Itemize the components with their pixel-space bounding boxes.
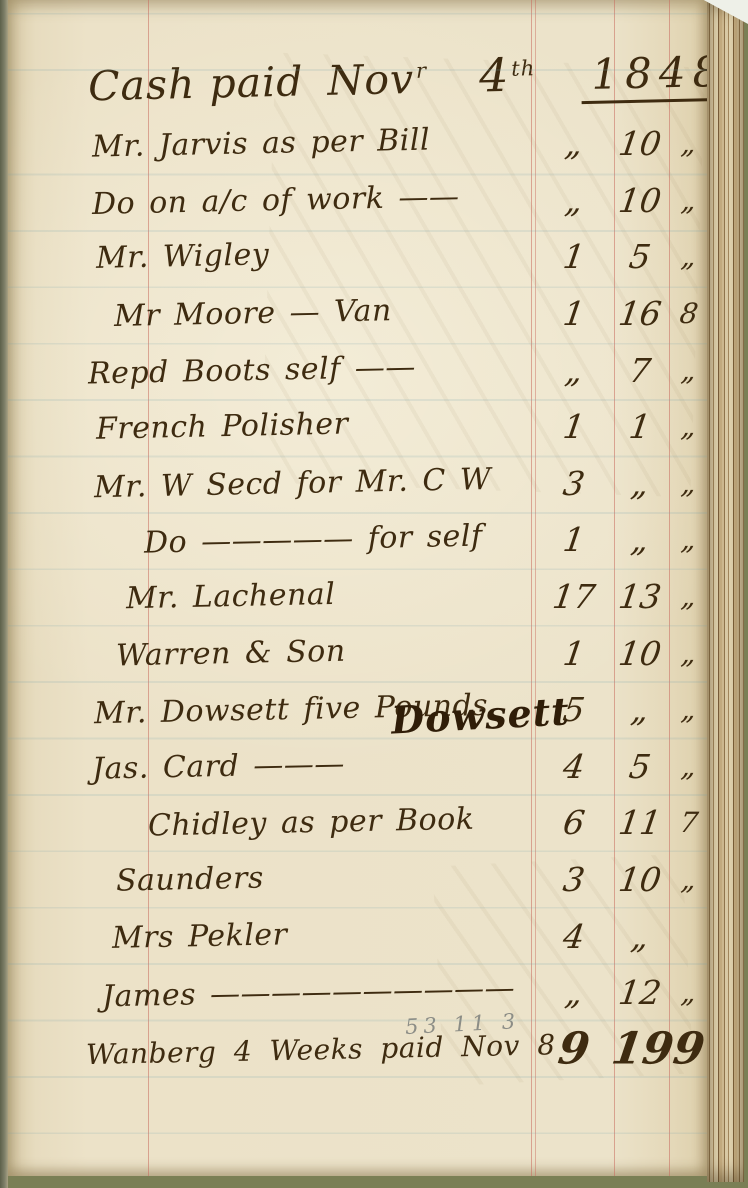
entry-description: Mr Moore — Van bbox=[114, 293, 392, 334]
entry-shillings: 10 bbox=[609, 181, 670, 220]
ledger-row: Saunders 3 10 „ bbox=[8, 853, 707, 910]
entry-description: Mr. Lachenal bbox=[126, 577, 336, 616]
title-month-suffix: r bbox=[416, 59, 428, 83]
ledger-row: French Polisher 1 1 „ bbox=[8, 400, 707, 457]
ledger-row: Do on a/c of work —— „ 10 „ bbox=[8, 174, 707, 231]
entry-pence: „ bbox=[666, 410, 713, 443]
entry-pounds: 1 bbox=[533, 237, 614, 276]
entry-pence: „ bbox=[666, 524, 713, 557]
entry-pence: 7 bbox=[666, 807, 713, 840]
entry-pence: „ bbox=[666, 693, 713, 726]
entry-pence: „ bbox=[666, 127, 713, 160]
entry-description: Do ————— for self bbox=[144, 519, 483, 561]
ledger-page: Cash paidNovr4th1848 Mr. Jarvis as per B… bbox=[8, 0, 707, 1176]
entry-description: Do on a/c of work —— bbox=[92, 179, 460, 222]
entry-shillings: 16 bbox=[609, 294, 670, 333]
title-day-suffix: th bbox=[511, 57, 536, 82]
entry-pence: „ bbox=[666, 976, 713, 1009]
entry-shillings: 7 bbox=[609, 351, 670, 390]
ledger-rows: Mr. Jarvis as per Bill „ 10 „ Do on a/c … bbox=[8, 117, 707, 1079]
entry-pounds: 17 bbox=[533, 577, 614, 616]
entry-shillings: 1 bbox=[609, 407, 670, 446]
entry-pence: „ bbox=[666, 184, 713, 217]
entry-pounds: 3 bbox=[533, 464, 614, 503]
entry-pence: „ bbox=[666, 637, 713, 670]
entry-shillings: 11 bbox=[609, 803, 670, 842]
entry-shillings: 10 bbox=[609, 634, 670, 673]
entry-description: Warren & Son bbox=[116, 633, 346, 673]
book-page-stack-edge bbox=[707, 0, 744, 1182]
title-month: Nov bbox=[327, 55, 415, 105]
entry-pounds: „ bbox=[533, 351, 614, 390]
entry-description: James —————————— bbox=[102, 971, 516, 1015]
entry-description: Saunders bbox=[116, 861, 264, 899]
entry-shillings: 13 bbox=[609, 577, 670, 616]
entry-description: Mr. W Secd for Mr. C W bbox=[94, 462, 492, 505]
entry-pounds: 1 bbox=[533, 520, 614, 559]
entry-pence: „ bbox=[666, 354, 713, 387]
entry-shillings: „ bbox=[609, 520, 670, 559]
book-left-edge bbox=[0, 0, 8, 1188]
entry-description: Mrs Pekler bbox=[112, 917, 288, 956]
title-cash-paid: Cash paid bbox=[88, 57, 304, 110]
entry-shillings: 5 bbox=[609, 747, 670, 786]
entry-pounds: „ bbox=[533, 181, 614, 220]
ledger-row: Chidley as per Book 6 11 7 bbox=[8, 796, 707, 853]
entry-shillings: „ bbox=[609, 917, 670, 956]
ledger-row: Mr. Jarvis as per Bill „ 10 „ bbox=[8, 117, 707, 174]
ledger-row: Mr. Dowsett five Pounds 5 „ „ Dowsett bbox=[8, 683, 707, 740]
entry-shillings: 19 bbox=[608, 1023, 671, 1074]
entry-pounds: 6 bbox=[533, 803, 614, 842]
entry-description: Mr. Jarvis as per Bill bbox=[92, 123, 431, 165]
ledger-row: Mr Moore — Van 1 16 8 bbox=[8, 287, 707, 344]
entry-shillings: „ bbox=[609, 464, 670, 503]
entry-shillings: 12 bbox=[609, 973, 670, 1012]
entry-pounds: 9 bbox=[532, 1023, 615, 1074]
entry-shillings: 10 bbox=[609, 124, 670, 163]
title-day: 4 bbox=[478, 48, 509, 103]
entry-shillings: 5 bbox=[609, 237, 670, 276]
entry-shillings: „ bbox=[609, 690, 670, 729]
entry-pounds: „ bbox=[533, 124, 614, 163]
entry-pounds: 1 bbox=[533, 294, 614, 333]
page-title: Cash paidNovr4th1848 bbox=[87, 43, 734, 112]
entry-pence: „ bbox=[666, 467, 713, 500]
ledger-row: Do ————— for self 1 „ „ bbox=[8, 513, 707, 570]
entry-pence: „ bbox=[666, 863, 713, 896]
entry-description: Jas. Card ——— bbox=[92, 746, 345, 786]
ledger-page-scan: Cash paidNovr4th1848 Mr. Jarvis as per B… bbox=[0, 0, 748, 1188]
entry-pence: „ bbox=[666, 750, 713, 783]
overwritten-name: Dowsett bbox=[390, 688, 571, 742]
entry-pence: „ bbox=[666, 580, 713, 613]
entry-pounds: „ bbox=[533, 973, 614, 1012]
entry-pounds: 4 bbox=[533, 917, 614, 956]
entry-description: French Polisher bbox=[96, 407, 349, 447]
entry-pounds: 4 bbox=[533, 747, 614, 786]
entry-description: Repd Boots self —— bbox=[88, 349, 416, 391]
ledger-row: Wanberg 4 Weeks paid Nov 8 9 19 9 bbox=[8, 1023, 707, 1080]
ledger-row: Mr. W Secd for Mr. C W 3 „ „ bbox=[8, 457, 707, 514]
ledger-row: Jas. Card ——— 4 5 „ bbox=[8, 740, 707, 797]
entry-description: Mr. Wigley bbox=[96, 238, 270, 277]
entry-pounds: 1 bbox=[533, 634, 614, 673]
entry-shillings: 10 bbox=[609, 860, 670, 899]
entry-description: Chidley as per Book bbox=[148, 802, 475, 844]
ledger-row: James —————————— „ 12 „ bbox=[8, 966, 707, 1023]
ledger-row: Repd Boots self —— „ 7 „ bbox=[8, 343, 707, 400]
entry-pounds: 1 bbox=[533, 407, 614, 446]
entry-pence: 8 bbox=[666, 297, 713, 330]
entry-pounds: 3 bbox=[533, 860, 614, 899]
ledger-row: Warren & Son 1 10 „ bbox=[8, 626, 707, 683]
ledger-row: Mr. Lachenal 17 13 „ bbox=[8, 570, 707, 627]
ledger-row: Mr. Wigley 1 5 „ bbox=[8, 230, 707, 287]
ledger-row: Mrs Pekler 4 „ bbox=[8, 909, 707, 966]
entry-pence: „ bbox=[666, 241, 713, 274]
